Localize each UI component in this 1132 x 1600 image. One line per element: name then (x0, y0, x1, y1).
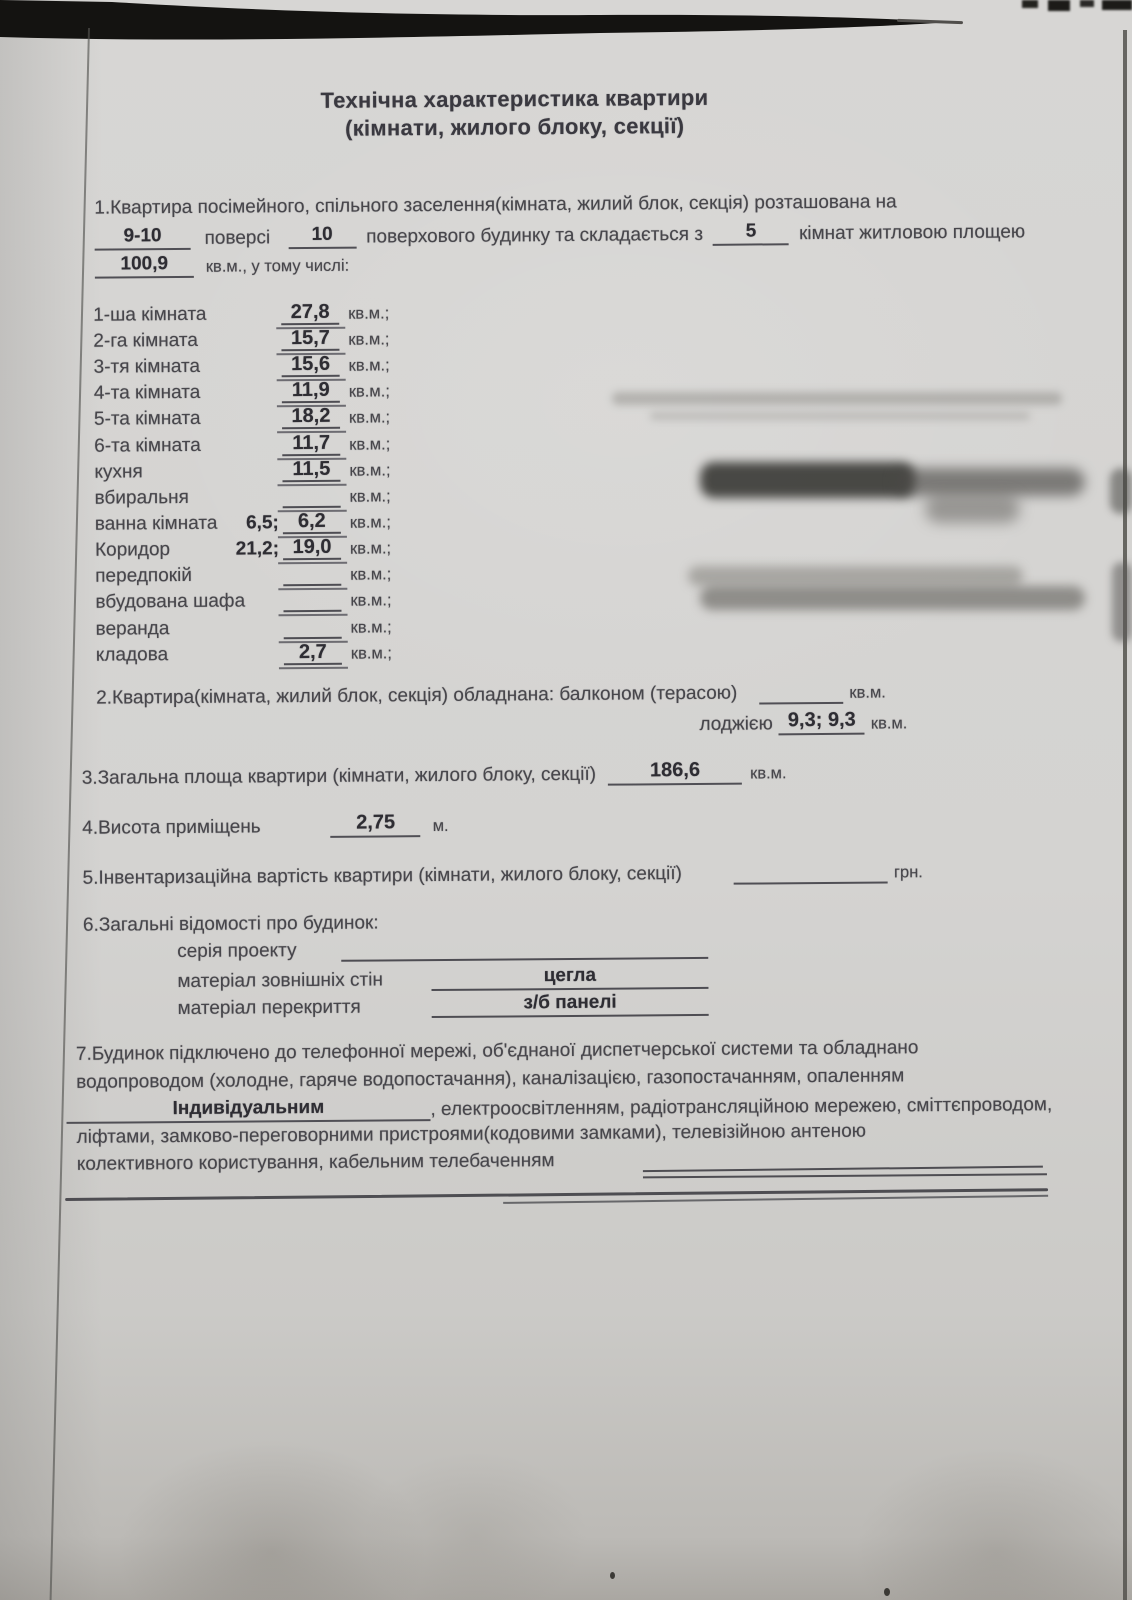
room-row: 2-га кімната 15,7 кв.м.; (93, 325, 389, 352)
room-area-unit: кв.м.; (350, 513, 391, 533)
document-content: Технічна характеристика квартири (кімнат… (0, 0, 1132, 1600)
loggia-area-value: 9,3; 9,3 (779, 709, 865, 736)
room-row: 5-та кімната 18,2 кв.м.; (94, 403, 390, 430)
room-area-unit: кв.м.; (351, 618, 392, 638)
room-area-unit: кв.м.; (348, 330, 389, 350)
balcony-area-blank (759, 701, 843, 705)
room-row: вбудована шафа кв.м.; (95, 586, 391, 613)
room-area-unit: кв.м.; (349, 408, 390, 428)
room-label: 6-та кімната (94, 435, 201, 458)
section2-line2: лоджією9,3; 9,3кв.м. (699, 708, 907, 736)
room-row: 3-тя кімната 15,6 кв.м.; (93, 351, 389, 378)
section7-line3-rest: , електроосвітленням, радіотрансляційною… (430, 1094, 1052, 1120)
floor-number-value: 9-10 (94, 225, 190, 251)
room-area-value: 18,2 (282, 405, 340, 429)
room-extra-value: 21,2; (236, 538, 283, 560)
room-area-unit: кв.м.; (350, 539, 391, 559)
section7-line5: колективного користування, кабельним тел… (77, 1150, 555, 1176)
room-label: ванна кімната (95, 513, 218, 536)
room-area-value: 6,2 (283, 510, 341, 534)
section7-line1: 7.Будинок підключено до телефонної мереж… (76, 1037, 919, 1066)
section1-line3: 100,9кв.м., у тому числі: (95, 252, 350, 279)
section5-line: 5.Інвентаризаційна вартість квартири (кі… (83, 861, 923, 890)
room-row: 4-та кімната 11,9 кв.м.; (94, 377, 390, 404)
room-label: 3-тя кімната (94, 356, 201, 379)
room-area-unit: кв.м.; (350, 565, 391, 585)
project-series-blank (341, 956, 708, 962)
section6-project-row: серія проекту (177, 937, 708, 963)
room-label: 5-та кімната (94, 408, 201, 431)
room-area-unit: кв.м.; (349, 382, 390, 402)
bottom-rule-line (503, 1195, 1048, 1204)
bottom-rule-line (65, 1188, 1048, 1201)
room-row: кладова 2,7 кв.м.; (96, 639, 392, 666)
cable-tv-blank-line (643, 1173, 1047, 1178)
scanned-document-page: Технічна характеристика квартири (кімнат… (0, 0, 1132, 1600)
document-title-line2: (кімнати, жилого блоку, секції) (0, 110, 1035, 144)
walls-material-label: матеріал зовнішніх стін (177, 969, 419, 993)
section3-label: 3.Загальна площа квартири (кімнати, жило… (82, 764, 596, 789)
ceiling-height-value: 2,75 (331, 811, 421, 838)
section3-line: 3.Загальна площа квартири (кімнати, жило… (82, 758, 787, 790)
rooms-text: кімнат житловою площею (799, 221, 1025, 244)
living-area-value: 100,9 (95, 253, 194, 279)
room-row: Коридор21,2; 19,0 кв.м.; (95, 534, 391, 561)
building-text: поверхового будинку та складається з (366, 224, 703, 248)
room-label: 4-та кімната (94, 382, 201, 405)
room-label: кухня (94, 461, 142, 483)
room-area-value: 2,7 (284, 641, 342, 665)
project-series-label: серія проекту (177, 940, 329, 963)
balcony-area-unit: кв.м. (849, 683, 886, 701)
room-area-value: 11,5 (282, 458, 340, 482)
section4-line: 4.Висота приміщень2,75м. (82, 811, 449, 840)
section2-line1: 2.Квартира(кімната, жилий блок, секція) … (96, 681, 886, 709)
room-label: вбудована шафа (95, 591, 245, 614)
room-label: 1-ша кімната (93, 304, 206, 327)
room-area-unit: кв.м.; (349, 435, 390, 455)
room-area-unit: кв.м.; (350, 487, 391, 507)
loggia-label: лоджією (699, 713, 773, 735)
room-row: кухня 11,5 кв.м.; (94, 456, 390, 483)
inventory-value-unit: грн. (894, 863, 923, 881)
room-label: вбиральня (95, 487, 189, 510)
section1-line2: 9-10поверсі10поверхового будинку та скла… (94, 218, 1025, 250)
section7-line3: Індивідуальним, електроосвітленням, раді… (66, 1091, 1052, 1124)
room-area-unit: кв.м.; (351, 644, 392, 664)
room-area-value: 19,0 (283, 536, 341, 560)
ceiling-height-unit: м. (433, 817, 449, 835)
room-label: передпокій (95, 565, 192, 588)
building-floors-value: 10 (288, 224, 356, 250)
room-area-unit: кв.м.; (348, 304, 389, 324)
section6-ceiling-row: матеріал перекриття з/б панелі (178, 991, 709, 1020)
room-area-unit: кв.м.; (349, 461, 390, 481)
loggia-area-unit: кв.м. (871, 714, 908, 732)
section7-line4: ліфтами, замково-переговорними пристроям… (77, 1121, 867, 1149)
cable-tv-blank-line (643, 1166, 1043, 1173)
room-label: 2-га кімната (93, 330, 198, 353)
room-area-value: 11,9 (282, 379, 340, 403)
room-row: передпокій кв.м.; (95, 560, 391, 587)
section5-label: 5.Інвентаризаційна вартість квартири (кі… (83, 863, 683, 889)
room-area-unit: кв.м.; (350, 591, 391, 611)
room-row: вбиральня кв.м.; (95, 482, 391, 509)
section6-heading: 6.Загальні відомості про будинок: (83, 912, 379, 936)
room-row: ванна кімната6,5; 6,2 кв.м.; (95, 508, 391, 535)
ceiling-material-label: матеріал перекриття (178, 996, 420, 1020)
heating-type-value: Індивідуальним (66, 1096, 430, 1124)
section4-label: 4.Висота приміщень (82, 816, 261, 838)
room-extra-value: 6,5; (246, 512, 283, 534)
room-label: кладова (96, 644, 168, 667)
room-area-value: 27,8 (281, 301, 339, 325)
section6-walls-row: матеріал зовнішніх стін цегла (177, 964, 708, 993)
walls-material-value: цегла (431, 964, 708, 991)
room-row: 1-ша кімната 27,8 кв.м.; (93, 299, 389, 326)
room-area-value: 11,7 (282, 432, 340, 456)
floor-label: поверсі (204, 227, 270, 249)
ceiling-material-value: з/б панелі (432, 991, 709, 1018)
inventory-value-blank (734, 880, 888, 884)
total-area-value: 186,6 (608, 759, 742, 786)
room-label: Коридор (95, 539, 170, 562)
section2-text: 2.Квартира(кімната, жилий блок, секція) … (96, 683, 737, 709)
total-area-unit: кв.м. (750, 764, 787, 782)
living-area-unit-text: кв.м., у тому числі: (206, 257, 349, 276)
room-area-value: 15,6 (281, 353, 339, 377)
room-row: веранда кв.м.; (96, 613, 392, 640)
section1-line1: 1.Квартира посімейного, спільного заселе… (94, 191, 897, 219)
room-area-value: 15,7 (281, 327, 339, 351)
room-area-value (284, 610, 342, 612)
room-label: веранда (96, 618, 170, 641)
room-row: 6-та кімната 11,7 кв.м.; (94, 430, 390, 457)
room-area-unit: кв.м.; (349, 356, 390, 376)
section7-line2: водопроводом (холодне, гаряче водопостач… (76, 1065, 904, 1094)
room-count-value: 5 (713, 220, 789, 246)
